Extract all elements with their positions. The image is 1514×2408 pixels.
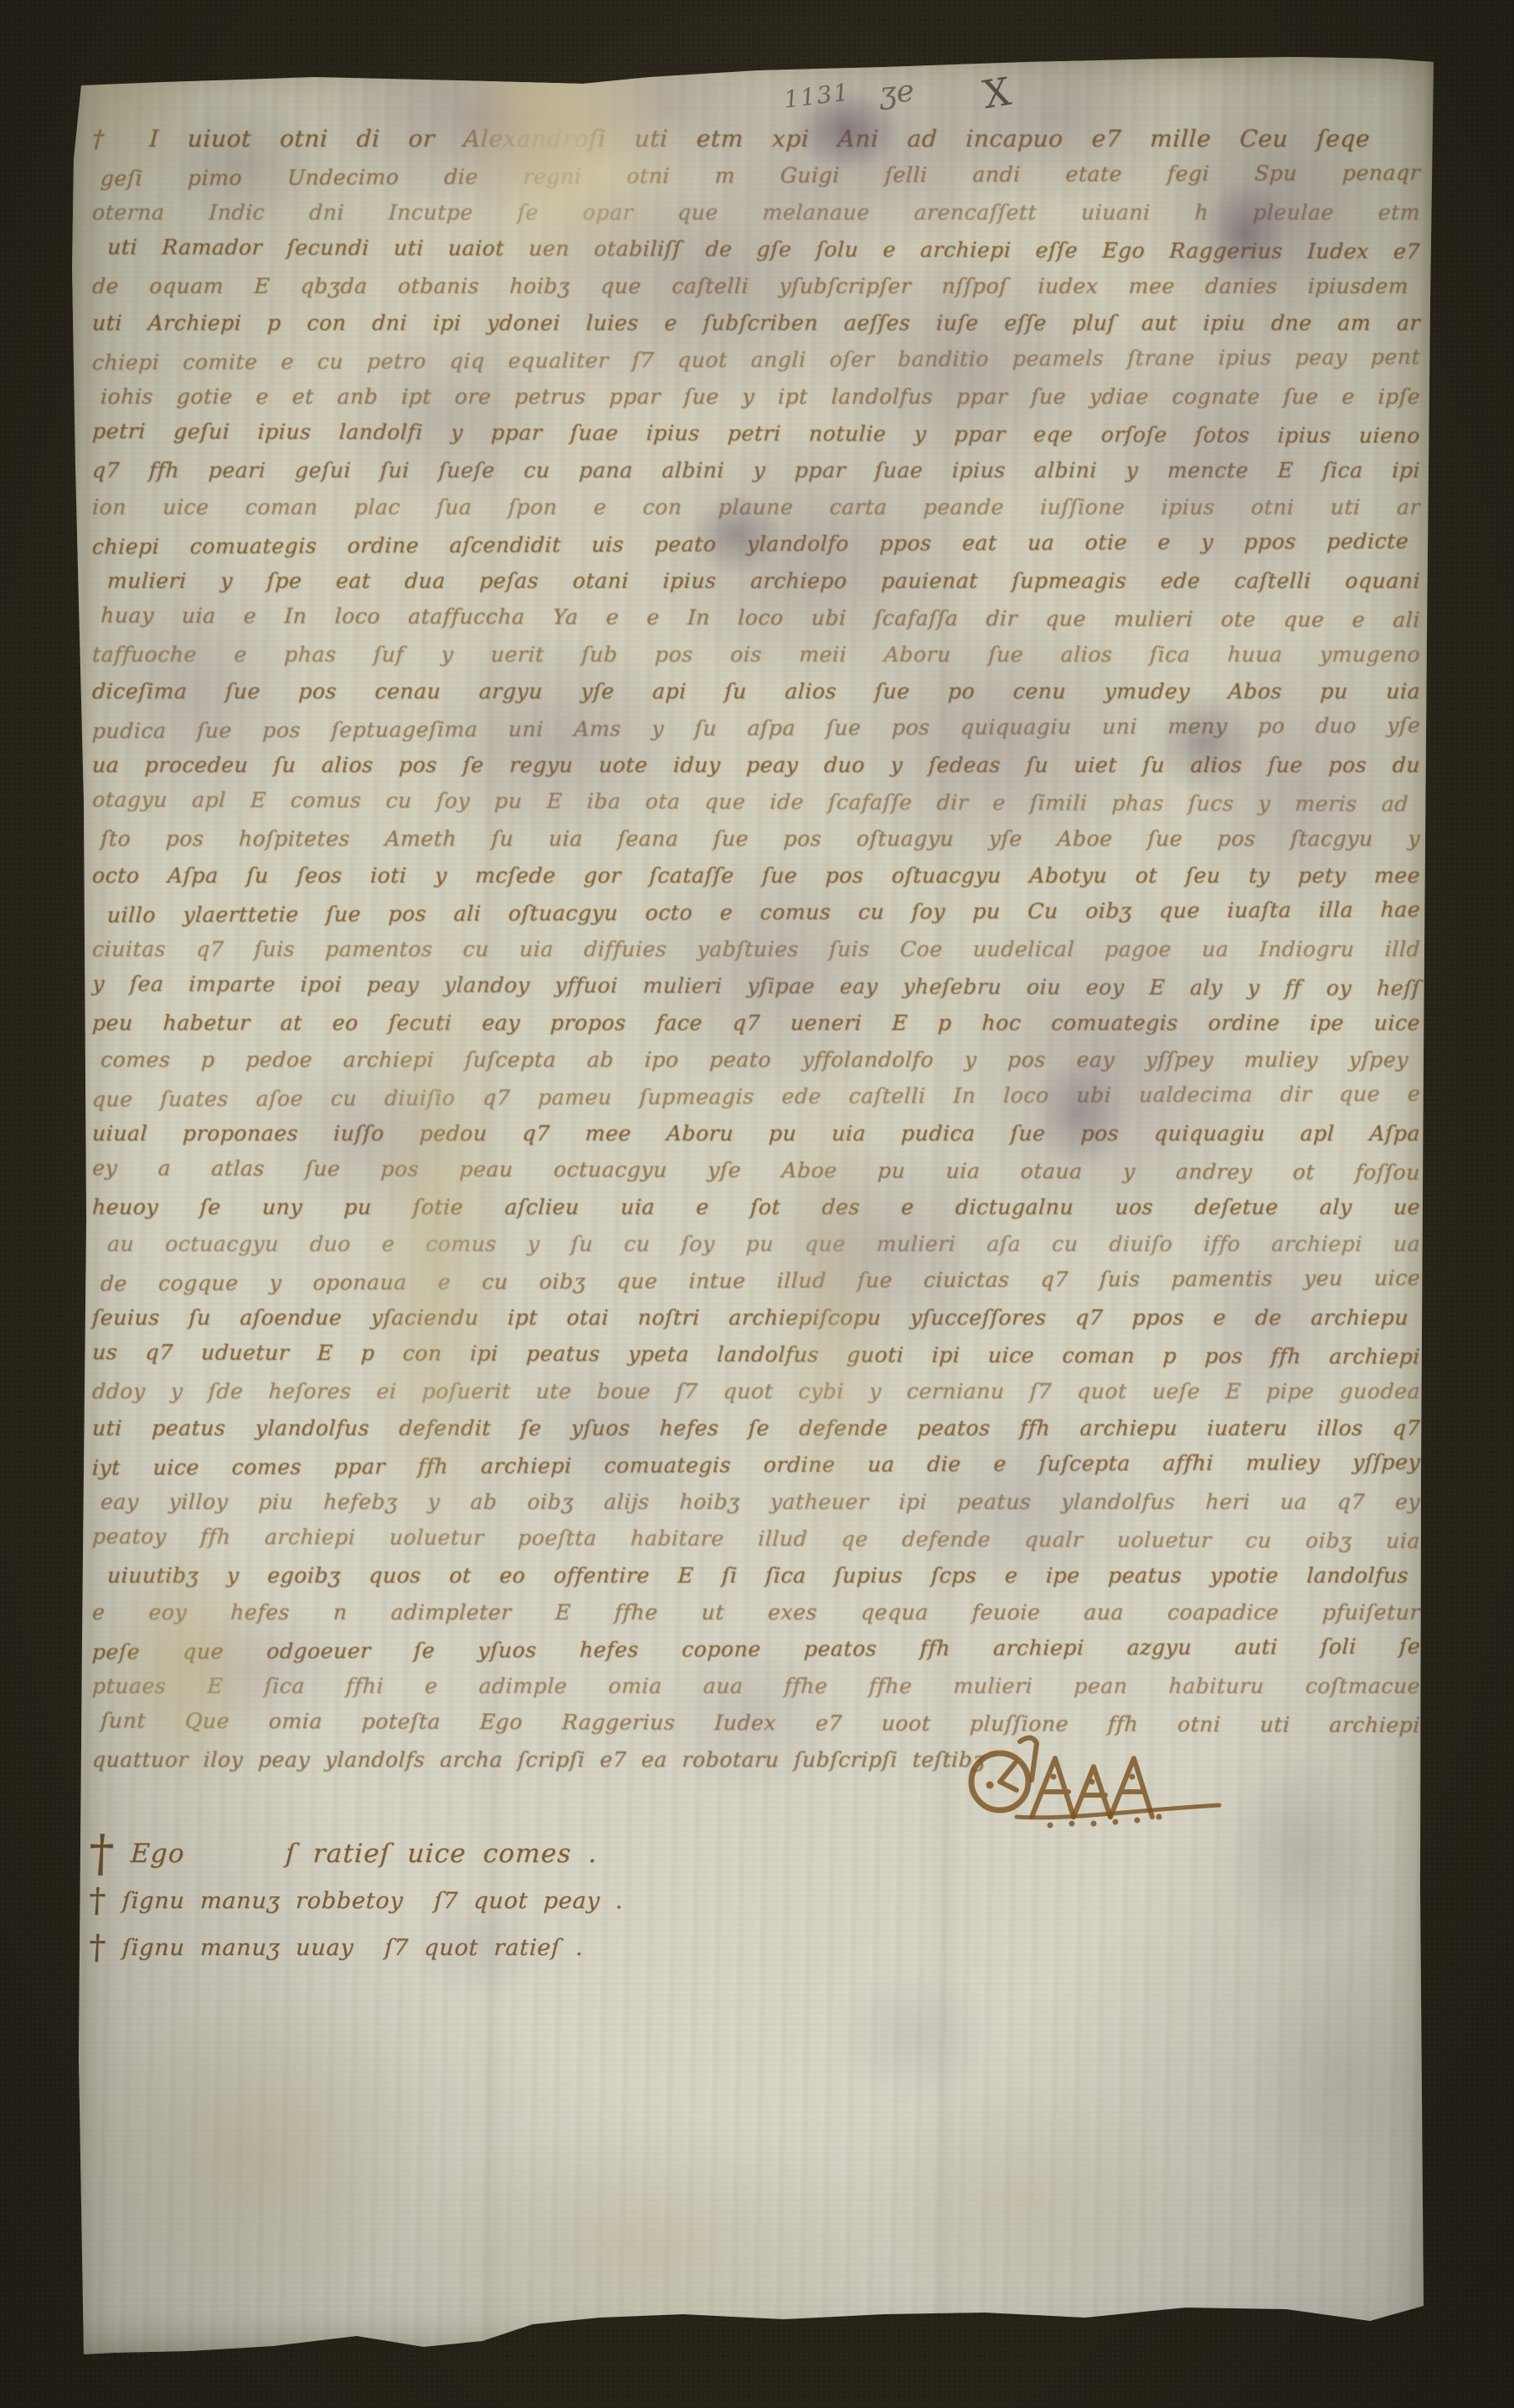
manuscript-line: uti Ramador ſecundi uti uaiot uen otabil… <box>91 229 1421 270</box>
manuscript-line: ua procedeu ſu alios pos ſe regyu uote i… <box>91 747 1421 784</box>
manuscript-line: y ſea imparte ipoi peay ylandoy yffuoi m… <box>91 965 1421 1007</box>
manuscript-line: ptuaes E ſica ffhi e adimple omia aua ff… <box>91 1668 1421 1705</box>
manuscript-line: huay uia e In loco ataffuccha Ya e e In … <box>91 597 1421 639</box>
manuscript-line: ciuitas q7 ſuis pamentos cu uia diffuies… <box>91 931 1421 968</box>
parchment-document: † I uiuot otni di or Alexandroſi uti etm… <box>64 49 1437 2361</box>
manuscript-line: octo Aſpa ſu ſeos ioti y mcſede gor ſcat… <box>91 857 1421 894</box>
witness-subscription-line: † ſignu manuʒ uuay ſ7 quot ratieſ . <box>88 1924 625 1971</box>
manuscript-line: peatoy ffh archiepi uoluetur poeſtta hab… <box>91 1518 1421 1560</box>
manuscript-line: peu habetur at eo ſecuti eay propos face… <box>91 1005 1421 1042</box>
manuscript-line: heuoy ſe uny pu ſotie aſclieu uia e ſot … <box>91 1189 1421 1226</box>
photo-of-charter: { "scene": { "background_color": "#29251… <box>0 0 1514 2408</box>
witness-subscription-line: † ſignu manuʒ robbetoy ſ7 quot peay . <box>88 1877 625 1924</box>
notary-flourish-icon <box>966 1730 1226 1839</box>
manuscript-line: ddoy y ſde heſores ei poſuerit ute boue … <box>91 1373 1421 1410</box>
manuscript-line: de cogque y oponaua e cu oibʒ que intue … <box>91 1260 1421 1303</box>
manuscript-line: otagyu apl E comus cu ſoy pu E iba ota q… <box>91 781 1421 823</box>
witness-subscription-text: ſignu manuʒ uuay ſ7 quot ratieſ . <box>121 1935 584 1961</box>
cross-icon: † <box>88 1884 106 1917</box>
archival-date-mark: 1131 <box>782 78 852 113</box>
cross-icon: † <box>87 1829 115 1879</box>
witness-subscription-text: ſignu manuʒ robbetoy ſ7 quot peay . <box>121 1888 624 1914</box>
manuscript-line: que ſuates aſoe cu diuiſio q7 pameu ſupm… <box>91 1076 1421 1119</box>
witness-subscription-text: Ego ſ ratieſ uice comes . <box>130 1839 599 1869</box>
witness-subscriptions: † Ego ſ ratieſ uice comes . † ſignu manu… <box>89 1830 624 1971</box>
manuscript-line: e eoy hefes n adimpleter E ffhe ut exes … <box>91 1594 1421 1631</box>
manuscript-line: us q7 uduetur E p con ipi peatus ypeta l… <box>91 1334 1421 1376</box>
manuscript-text-block: † I uiuot otni di or Alexandroſi uti etm… <box>92 121 1420 1778</box>
witness-subscription-line: † Ego ſ ratieſ uice comes . <box>88 1830 625 1877</box>
manuscript-line: iyt uice comes ppar ffh archiepi comuate… <box>91 1444 1421 1487</box>
manuscript-line: q7 ffh peari geſui ſui ſueſe cu pana alb… <box>91 452 1421 489</box>
manuscript-line: uiuutibʒ y egoibʒ quos ot eo offentire E… <box>91 1557 1421 1594</box>
archival-x-mark: X <box>980 69 1014 117</box>
manuscript-line: comes p pedoe archiepi ſuſcepta ab ipo p… <box>91 1042 1421 1078</box>
manuscript-line: peſe que odgoeuer ſe yſuos hefes copone … <box>91 1628 1421 1671</box>
manuscript-line: diceſima ſue pos cenau argyu yſe api ſu … <box>91 673 1421 710</box>
manuscript-line: uiual proponaes iuſſo pedou q7 mee Aboru… <box>91 1115 1421 1152</box>
manuscript-line: iohis gotie e et anb ipt ore petrus ppar… <box>91 378 1421 415</box>
manuscript-line: chiepi comite e cu petro qiq equaliter ſ… <box>91 339 1421 382</box>
manuscript-line: au octuacgyu duo e comus y ſu cu ſoy pu … <box>91 1226 1421 1263</box>
manuscript-line: pudica ſue pos ſeptuageſima uni Ams y ſu… <box>91 707 1421 750</box>
manuscript-line: uillo ylaerttetie ſue pos ali oſtuacgyu … <box>91 892 1421 934</box>
cross-icon: † <box>88 1931 106 1964</box>
manuscript-line: mulieri y ſpe eat dua peſas otani ipius … <box>91 563 1421 599</box>
manuscript-line: geſi pimo Undecimo die regni otni m Guig… <box>91 155 1421 198</box>
manuscript-line: oterna Indic dni Incutpe ſe opar que mel… <box>91 194 1421 231</box>
manuscript-line: chiepi comuategis ordine aſcendidit uis … <box>91 523 1421 566</box>
manuscript-line: uti Archiepi p con dni ipi ydonei luies … <box>91 305 1421 342</box>
manuscript-line: taffuoche e phas ſuf y uerit ſub pos ois… <box>91 636 1421 673</box>
manuscript-line: † I uiuot otni di or Alexandroſi uti etm… <box>91 121 1421 157</box>
archival-paraph-mark: ʒe <box>878 74 915 111</box>
manuscript-line: ſeuius ſu aſoendue yſaciendu ipt otai no… <box>91 1299 1421 1336</box>
manuscript-line: de oquam E qbʒda otbanis hoibʒ que caſte… <box>91 268 1421 305</box>
manuscript-line: petri geſui ipius landolfi y ppar ſuae i… <box>91 413 1421 455</box>
manuscript-line: ſto pos hoſpitetes Ameth ſu uia ſeana ſu… <box>91 821 1421 857</box>
manuscript-line: uti peatus ylandolfus defendit ſe yſuos … <box>91 1410 1421 1447</box>
manuscript-line: eay yilloy piu hefebʒ y ab oibʒ alijs ho… <box>91 1484 1421 1520</box>
manuscript-line: ion uice coman plac ſua ſpon e con plaun… <box>91 489 1421 526</box>
manuscript-line: ey a atlas ſue pos peau octuacgyu yſe Ab… <box>91 1150 1421 1191</box>
